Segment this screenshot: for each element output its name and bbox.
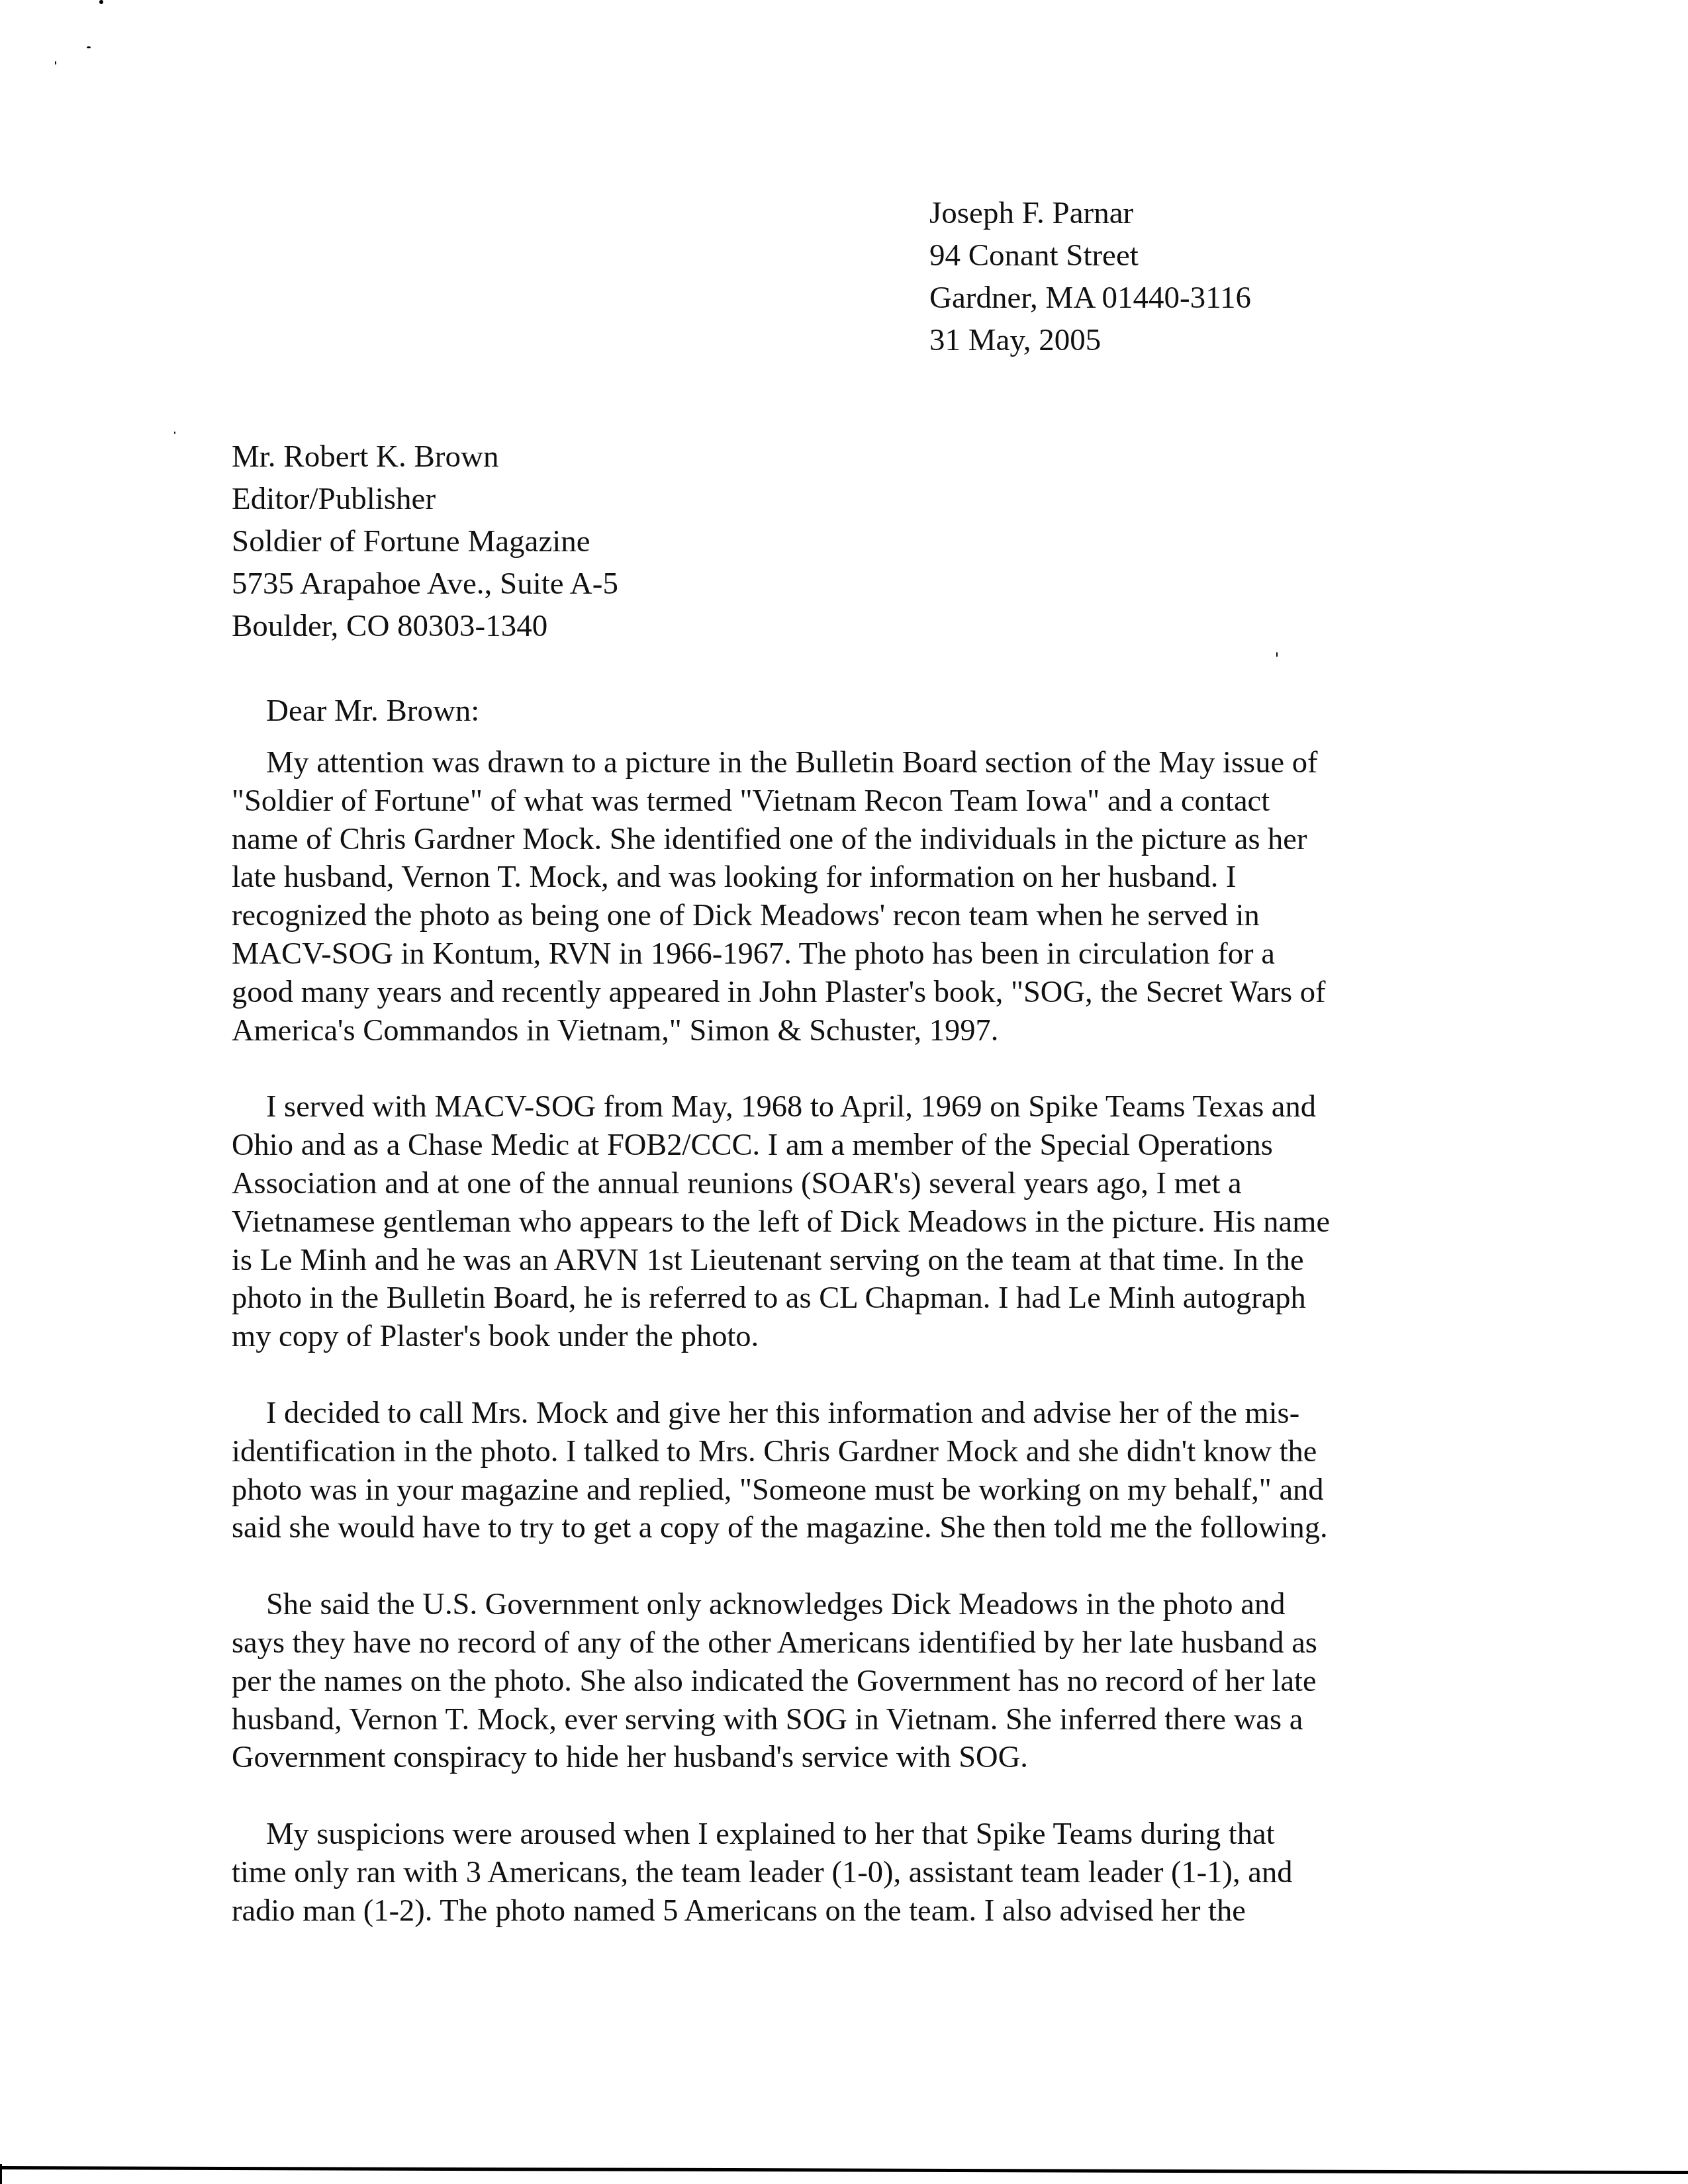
body-line: is Le Minh and he was an ARVN 1st Lieute…: [232, 1242, 1423, 1280]
recipient-address-block: Mr. Robert K. Brown Editor/Publisher Sol…: [232, 435, 618, 647]
body-line: radio man (1-2). The photo named 5 Ameri…: [232, 1892, 1423, 1931]
body-line: She said the U.S. Government only acknow…: [232, 1586, 1423, 1624]
body-line: time only ran with 3 Americans, the team…: [232, 1854, 1423, 1892]
body-line: Vietnamese gentleman who appears to the …: [232, 1203, 1423, 1242]
letter-body: My attention was drawn to a picture in t…: [232, 744, 1423, 1969]
letter-page: Joseph F. Parnar 94 Conant Street Gardne…: [0, 0, 1688, 2184]
scan-edge-line: [0, 2166, 1688, 2174]
body-line: good many years and recently appeared in…: [232, 974, 1423, 1012]
body-paragraph: She said the U.S. Government only acknow…: [232, 1586, 1423, 1777]
body-paragraph: I decided to call Mrs. Mock and give her…: [232, 1394, 1423, 1547]
sender-name: Joseph F. Parnar: [929, 192, 1251, 234]
scan-speck: [55, 61, 56, 65]
body-line: per the names on the photo. She also ind…: [232, 1662, 1423, 1701]
letter-date: 31 May, 2005: [929, 319, 1251, 361]
salutation: Dear Mr. Brown:: [266, 690, 479, 732]
body-line: photo was in your magazine and replied, …: [232, 1471, 1423, 1510]
body-line: husband, Vernon T. Mock, ever serving wi…: [232, 1701, 1423, 1739]
body-line: Government conspiracy to hide her husban…: [232, 1739, 1423, 1777]
body-line: my copy of Plaster's book under the phot…: [232, 1318, 1423, 1356]
sender-address-block: Joseph F. Parnar 94 Conant Street Gardne…: [929, 192, 1251, 361]
scan-speck: [99, 0, 103, 4]
body-line: recognized the photo as being one of Dic…: [232, 897, 1423, 935]
recipient-name: Mr. Robert K. Brown: [232, 435, 618, 478]
body-paragraph: I served with MACV-SOG from May, 1968 to…: [232, 1088, 1423, 1356]
body-line: "Soldier of Fortune" of what was termed …: [232, 782, 1423, 821]
body-line: identification in the photo. I talked to…: [232, 1433, 1423, 1471]
body-line: I decided to call Mrs. Mock and give her…: [232, 1394, 1423, 1433]
body-line: name of Chris Gardner Mock. She identifi…: [232, 821, 1423, 859]
body-paragraph: My attention was drawn to a picture in t…: [232, 744, 1423, 1050]
body-line: said she would have to try to get a copy…: [232, 1509, 1423, 1547]
sender-street: 94 Conant Street: [929, 234, 1251, 277]
body-line: photo in the Bulletin Board, he is refer…: [232, 1279, 1423, 1318]
body-paragraph: My suspicions were aroused when I explai…: [232, 1815, 1423, 1930]
body-line: My attention was drawn to a picture in t…: [232, 744, 1423, 782]
scan-speck: [1276, 652, 1278, 657]
body-line: I served with MACV-SOG from May, 1968 to…: [232, 1088, 1423, 1126]
recipient-city: Boulder, CO 80303-1340: [232, 605, 618, 647]
body-line: Association and at one of the annual reu…: [232, 1165, 1423, 1203]
body-line: My suspicions were aroused when I explai…: [232, 1815, 1423, 1854]
body-line: late husband, Vernon T. Mock, and was lo…: [232, 858, 1423, 897]
recipient-organization: Soldier of Fortune Magazine: [232, 520, 618, 563]
body-line: Ohio and as a Chase Medic at FOB2/CCC. I…: [232, 1126, 1423, 1165]
recipient-street: 5735 Arapahoe Ave., Suite A-5: [232, 563, 618, 605]
sender-city: Gardner, MA 01440-3116: [929, 277, 1251, 319]
recipient-title: Editor/Publisher: [232, 478, 618, 520]
body-line: America's Commandos in Vietnam," Simon &…: [232, 1012, 1423, 1050]
scan-speck: [87, 46, 91, 48]
body-line: says they have no record of any of the o…: [232, 1624, 1423, 1662]
scan-speck: [174, 432, 175, 434]
scan-edge-corner: [0, 2164, 2, 2184]
body-line: MACV-SOG in Kontum, RVN in 1966-1967. Th…: [232, 935, 1423, 974]
